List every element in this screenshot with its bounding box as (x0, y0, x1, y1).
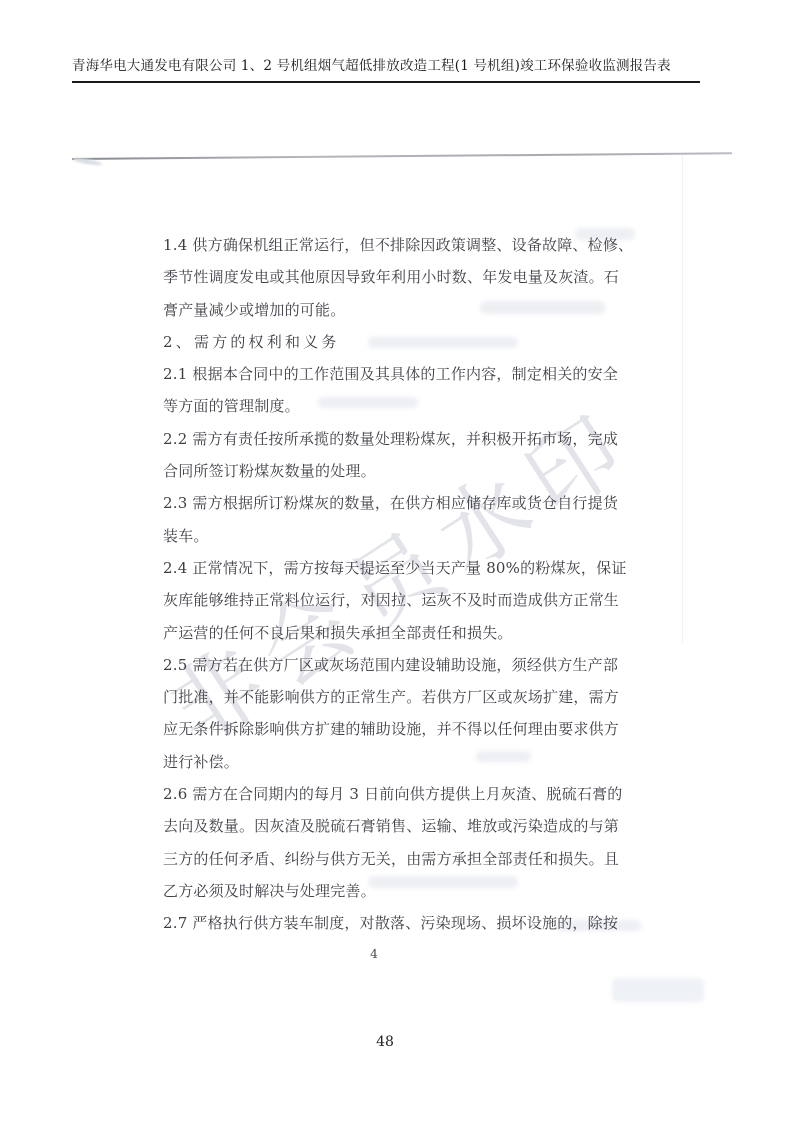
contract-line: 装车。 (163, 520, 633, 552)
contract-line: 2.2 需方有责任按所承揽的数量处理粉煤灰，并积极开拓市场，完成 (163, 423, 633, 455)
contract-section-heading: 2、需方的权利和义务 (163, 326, 633, 358)
contract-line: 合同所签订粉煤灰数量的处理。 (163, 455, 633, 487)
contract-line: 去向及数量。因灰渣及脱硫石膏销售、运输、堆放或污染造成的与第 (163, 810, 633, 842)
contract-line: 产运营的任何不良后果和损失承担全部责任和损失。 (163, 617, 633, 649)
scan-right-edge (682, 155, 683, 643)
contract-text-block: 1.4 供方确保机组正常运行，但不排除因政策调整、设备故障、检修、 季节性调度发… (163, 229, 633, 940)
contract-line: 膏产量减少或增加的可能。 (163, 294, 633, 326)
contract-line: 2.3 需方根据所订粉煤灰的数量，在供方相应储存库或货仓自行提货 (163, 487, 633, 519)
contract-line: 灰库能够维持正常料位运行，对因拉、运灰不及时而造成供方正常生 (163, 584, 633, 616)
report-header-rule (72, 81, 700, 83)
contract-line: 应无条件拆除影响供方扩建的辅助设施，并不得以任何理由要求供方 (163, 713, 633, 745)
contract-line: 三方的任何矛盾、纠纷与供方无关，由需方承担全部责任和损失。且 (163, 843, 633, 875)
contract-line: 门批准，并不能影响供方的正常生产。若供方厂区或灰场扩建，需方 (163, 681, 633, 713)
contract-line: 2.1 根据本合同中的工作范围及其具体的工作内容，制定相关的安全 (163, 358, 633, 390)
contract-line: 2.5 需方若在供方厂区或灰场范围内建设辅助设施，须经供方生产部 (163, 649, 633, 681)
contract-line: 进行补偿。 (163, 746, 633, 778)
scanned-page-number: 4 (352, 946, 396, 961)
report-header-title: 青海华电大通发电有限公司 1、2 号机组烟气超低排放改造工程(1 号机组)竣工环… (72, 54, 671, 74)
contract-line: 1.4 供方确保机组正常运行，但不排除因政策调整、设备故障、检修、 (163, 229, 633, 261)
contract-line: 2.6 需方在合同期内的每月 3 日前向供方提供上月灰渣、脱硫石膏的 (163, 778, 633, 810)
contract-line: 2.4 正常情况下，需方按每天提运至少当天产量 80%的粉煤灰，保证 (163, 552, 633, 584)
scan-top-edge (72, 152, 732, 159)
contract-line: 2.7 严格执行供方装车制度，对散落、污染现场、损坏设施的，除按 (163, 907, 633, 939)
contract-line: 等方面的管理制度。 (163, 390, 633, 422)
scan-bleedthrough-smudge (612, 978, 704, 1002)
report-page-number: 48 (340, 1034, 430, 1050)
contract-line: 季节性调度发电或其他原因导致年利用小时数、年发电量及灰渣。石 (163, 261, 633, 293)
contract-line: 乙方必须及时解决与处理完善。 (163, 875, 633, 907)
report-page: 青海华电大通发电有限公司 1、2 号机组烟气超低排放改造工程(1 号机组)竣工环… (0, 0, 793, 1122)
